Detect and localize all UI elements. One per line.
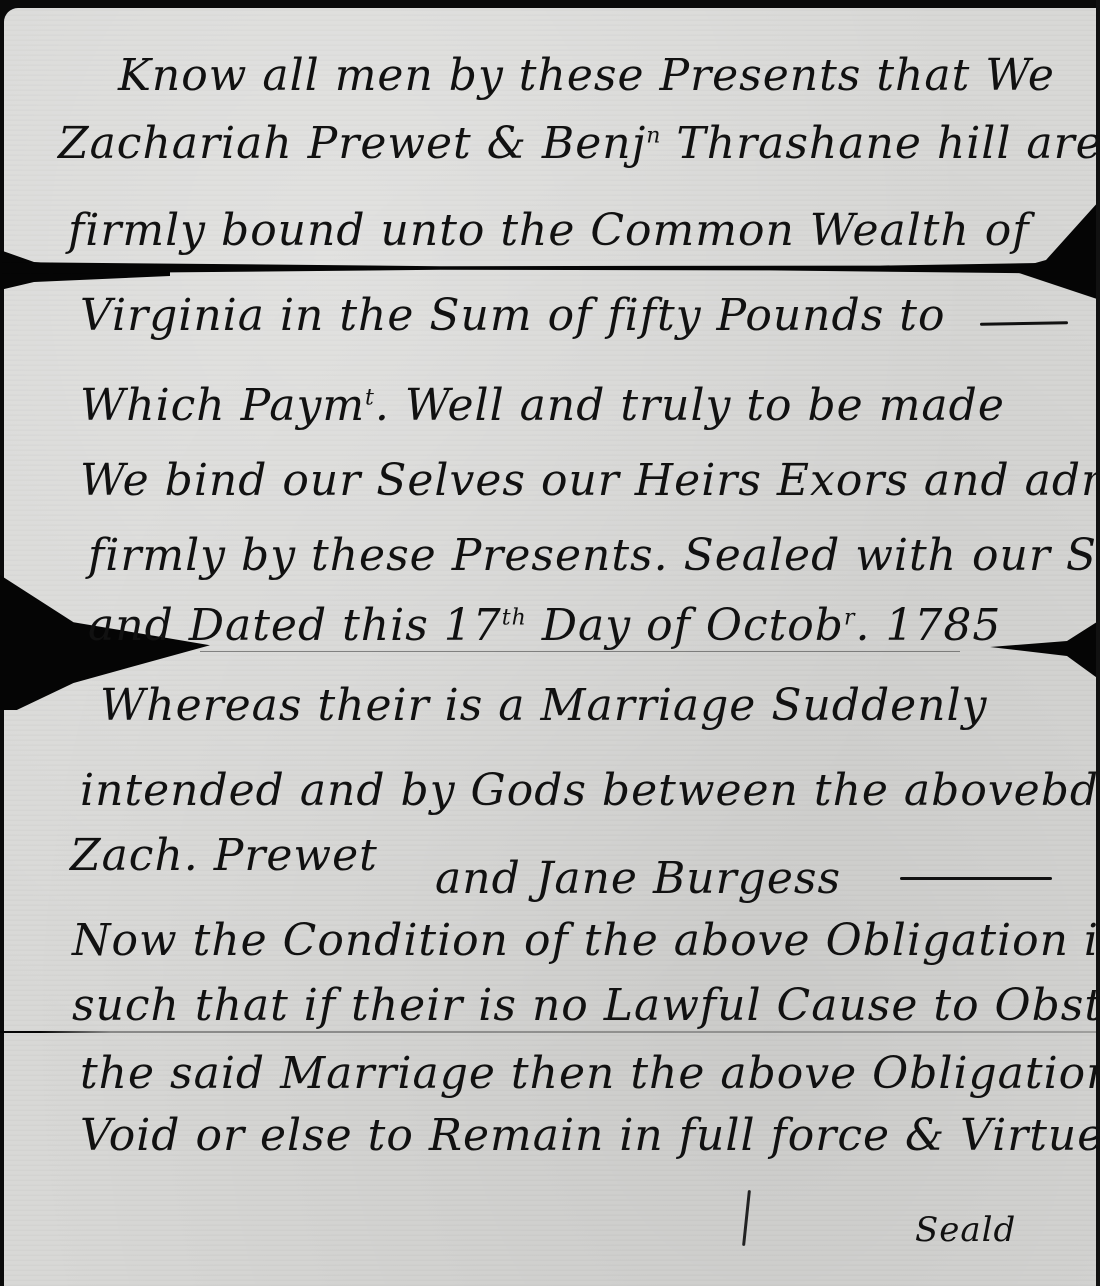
line-text: Day of Octob <box>527 600 844 651</box>
line-text: firmly bound unto the Common Wealth of <box>68 205 1030 256</box>
text-line-13: Now the Condition of the above Obligatio… <box>72 915 1100 966</box>
text-line-12-bride: and Jane Burgess <box>435 853 841 904</box>
line-text: and Dated this 17 <box>88 600 502 651</box>
superscript: r <box>844 605 856 630</box>
text-line-11-groom: Zach. Prewet <box>70 830 378 881</box>
line-text: firmly by these Presents. Sealed with ou… <box>88 530 1100 581</box>
superscript: th <box>502 605 527 630</box>
line-text: . Well and truly to be made <box>375 380 1005 431</box>
fold-crease-3 <box>0 1031 1100 1033</box>
line-text: the said Marriage then the above Obligat… <box>80 1048 1100 1099</box>
fold-crease-2 <box>200 651 960 652</box>
line-text: such that if their is no Lawful Cause to… <box>72 980 1100 1031</box>
seal-label: Seald <box>915 1210 1016 1250</box>
line-text: intended and by Gods between the abovebd <box>80 765 1099 816</box>
line-text: Thrashane hill are <box>661 118 1100 169</box>
line-text: Virginia in the Sum of fifty Pounds to <box>80 290 945 341</box>
text-line-2: Zachariah Prewet & Benjn Thrashane hill … <box>58 118 1100 169</box>
seal-text: Seald <box>915 1210 1016 1250</box>
line-text: Void or else to Remain in full force & V… <box>80 1110 1100 1161</box>
line-filler-stroke <box>900 877 1052 880</box>
text-line-6: We bind our Selves our Heirs Exors and a… <box>80 455 1100 506</box>
text-line-3: firmly bound unto the Common Wealth of <box>68 205 1030 256</box>
text-line-8: and Dated this 17th Day of Octobr. 1785 <box>88 600 1001 651</box>
text-line-5: Which Paymt. Well and truly to be made <box>80 380 1005 431</box>
text-line-15: the said Marriage then the above Obligat… <box>80 1048 1100 1099</box>
superscript: t <box>365 385 375 410</box>
groom-name: Zach. Prewet <box>70 830 378 881</box>
text-line-10: intended and by Gods between the abovebd <box>80 765 1099 816</box>
text-line-1: Know all men by these Presents that We <box>118 50 1055 101</box>
line-text: Which Paym <box>80 380 365 431</box>
text-line-7: firmly by these Presents. Sealed with ou… <box>88 530 1100 581</box>
text-line-4: Virginia in the Sum of fifty Pounds to <box>80 290 945 341</box>
line-text: Now the Condition of the above Obligatio… <box>72 915 1100 966</box>
text-line-9: Whereas their is a Marriage Suddenly <box>100 680 987 731</box>
line-text: Zachariah Prewet & Benj <box>58 118 646 169</box>
line-text: Know all men by these Presents that We <box>118 50 1055 101</box>
text-line-14: such that if their is no Lawful Cause to… <box>72 980 1100 1031</box>
bride-name: and Jane Burgess <box>435 853 841 904</box>
line-text: Whereas their is a Marriage Suddenly <box>100 680 987 731</box>
line-text: We bind our Selves our Heirs Exors and a… <box>80 455 1100 506</box>
date-year: . 1785 <box>855 600 1001 651</box>
text-line-16: Void or else to Remain in full force & V… <box>80 1110 1100 1161</box>
superscript: n <box>646 123 661 148</box>
